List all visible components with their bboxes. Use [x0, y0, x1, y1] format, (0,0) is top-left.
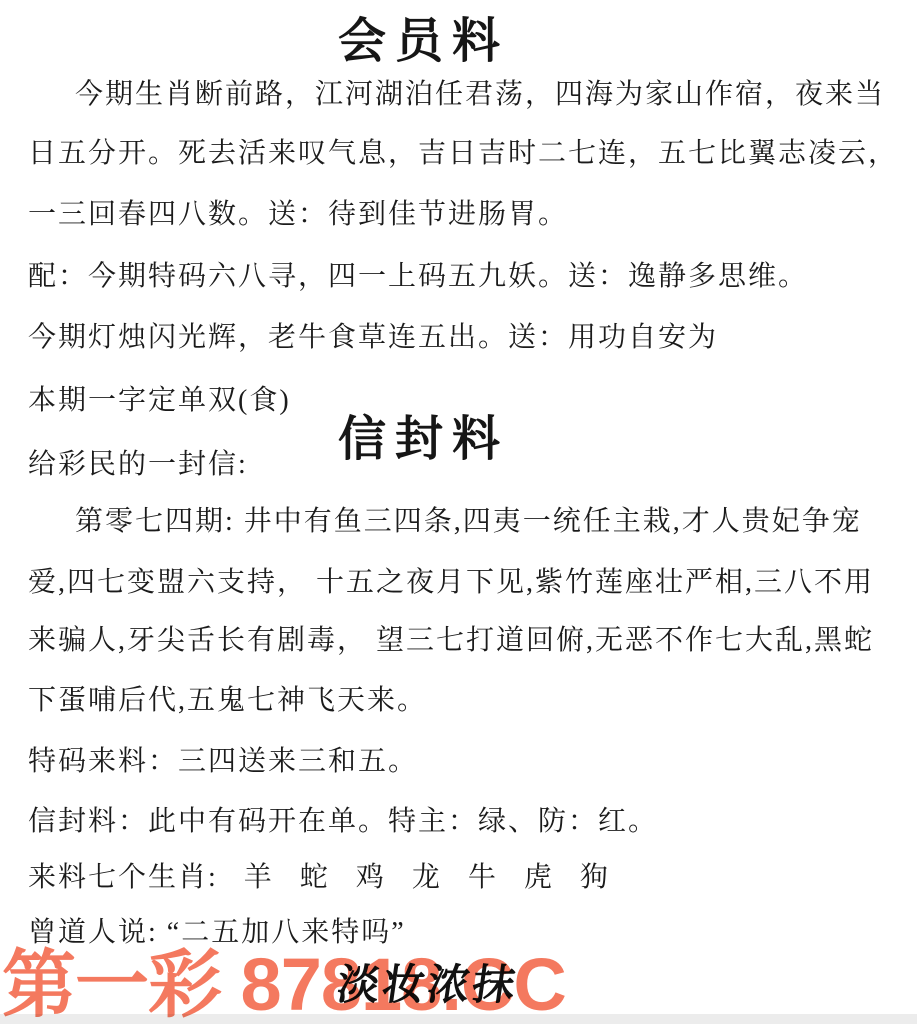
zodiac-dog: 狗	[580, 861, 610, 895]
member-lantern-line: 今期灯烛闪光辉，老牛食草连五出。送：用功自安为	[28, 321, 718, 355]
envelope-section-title: 信封料	[338, 400, 509, 469]
zodiac-dragon: 龙	[412, 861, 442, 895]
zodiac-rooster: 鸡	[356, 861, 386, 895]
zodiac-goat: 羊	[244, 861, 274, 895]
member-poem-line-1: 今期生肖断前路，江河湖泊任君荡，四海为家山作宿，夜来当	[75, 78, 885, 112]
member-poem-line-3: 一三回春四八数。送：待到佳节进肠胃。	[28, 198, 568, 232]
envelope-issue-line-3: 来骗人,牙尖舌长有剧毒， 望三七打道回俯,无恶不作七大乱,黑蛇	[28, 624, 874, 658]
zodiac-line: 来料七个生肖: 羊 蛇 鸡 龙 牛 虎 狗	[28, 861, 627, 895]
envelope-color-line: 信封料：此中有码开在单。特主：绿、防：红。	[28, 805, 658, 839]
member-oddeven-line: 本期一字定单双(食)	[28, 384, 291, 418]
envelope-intro-line: 给彩民的一封信:	[28, 448, 248, 482]
envelope-issue-line-1: 第零七四期: 井中有鱼三四条,四夷一统任主栽,才人贵妃争宠	[75, 505, 862, 539]
lottery-tip-sheet: 会员料 今期生肖断前路，江河湖泊任君荡，四海为家山作宿，夜来当 日五分开。死去活…	[0, 0, 917, 1024]
bottom-stamp-text: 淡妆浓抹	[334, 952, 522, 1012]
zodiac-snake: 蛇	[300, 861, 330, 895]
member-poem-line-2: 日五分开。死去活来叹气息，吉日吉时二七连，五七比翼志凌云，	[28, 137, 898, 171]
member-section-title: 会员料	[338, 2, 509, 71]
zodiac-label: 来料七个生肖:	[28, 861, 218, 895]
special-code-line: 特码来料：三四送来三和五。	[28, 745, 418, 779]
member-pair-line: 配：今期特码六八寻，四一上码五九妖。送：逸静多思维。	[28, 260, 808, 294]
zodiac-ox: 牛	[468, 861, 498, 895]
envelope-issue-line-4: 下蛋哺后代,五鬼七神飞天来。	[28, 684, 427, 718]
zodiac-tiger: 虎	[524, 861, 554, 895]
envelope-issue-line-2: 爱,四七变盟六支持， 十五之夜月下见,紫竹莲座壮严相,三八不用	[28, 566, 874, 600]
